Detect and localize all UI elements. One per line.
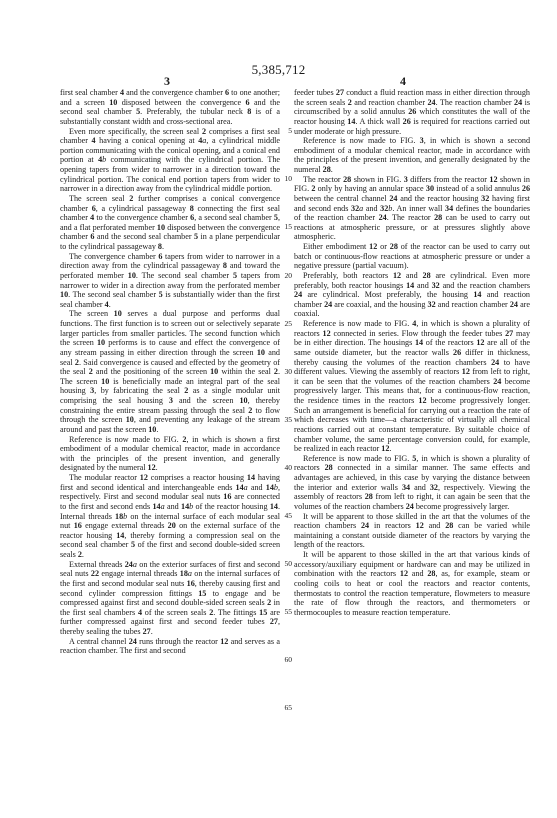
line-number: 15	[280, 222, 292, 232]
paragraph: Reference is now made to FIG. 5, in whic…	[294, 454, 530, 512]
paragraph: External threads 24a on the exterior sur…	[60, 560, 280, 637]
line-number: 10	[280, 174, 292, 184]
right-column: feeder tubes 27 conduct a fluid reaction…	[294, 88, 530, 617]
line-number: 35	[280, 415, 292, 425]
paragraph: It will be apparent to those skilled in …	[294, 512, 530, 551]
line-number: 25	[280, 319, 292, 329]
paragraph: first seal chamber 4 and the convergence…	[60, 88, 280, 127]
column-number-left: 3	[164, 74, 170, 89]
left-column: first seal chamber 4 and the convergence…	[60, 88, 280, 656]
paragraph: Even more specifically, the screen seal …	[60, 127, 280, 194]
line-number: 50	[280, 559, 292, 569]
line-number: 40	[280, 463, 292, 473]
paragraph: The convergence chamber 6 tapers from wi…	[60, 252, 280, 310]
paragraph: Reference is now made to FIG. 3, in whic…	[294, 136, 530, 175]
paragraph: Preferably, both reactors 12 and 28 are …	[294, 271, 530, 319]
paragraph: The modular reactor 12 comprises a react…	[60, 473, 280, 560]
paragraph: Reference is now made to FIG. 4, in whic…	[294, 319, 530, 454]
column-number-right: 4	[400, 74, 406, 89]
line-number: 65	[280, 703, 292, 713]
patent-number: 5,385,712	[0, 62, 557, 78]
line-number: 30	[280, 367, 292, 377]
line-number: 45	[280, 511, 292, 521]
line-number: 60	[280, 655, 292, 665]
line-number: 55	[280, 607, 292, 617]
paragraph: feeder tubes 27 conduct a fluid reaction…	[294, 88, 530, 136]
paragraph: Either embodiment 12 or 28 of the reacto…	[294, 242, 530, 271]
line-number: 5	[280, 126, 292, 136]
paragraph: It will be apparent to those skilled in …	[294, 550, 530, 617]
line-number: 20	[280, 271, 292, 281]
paragraph: The reactor 28 shown in FIG. 3 differs f…	[294, 175, 530, 242]
paragraph: Reference is now made to FIG. 2, in whic…	[60, 435, 280, 474]
paragraph: The screen 10 serves a dual purpose and …	[60, 309, 280, 434]
paragraph: A central channel 24 runs through the re…	[60, 637, 280, 656]
paragraph: The screen seal 2 further comprises a co…	[60, 194, 280, 252]
